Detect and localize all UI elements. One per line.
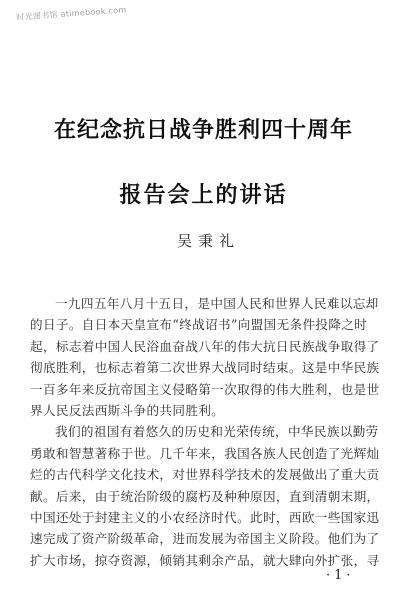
- title-line-2: 报告会上的讲话: [0, 178, 407, 209]
- page-number: ·1·: [326, 568, 355, 583]
- paragraph-2-line: 勇敢和智慧著称于世。几千年来，我国各族人民创造了光辉灿: [30, 443, 382, 464]
- paragraph-1-line: 一百多年来反抗帝国主义侵略第一次取得的伟大胜利，也是世: [30, 379, 382, 400]
- watermark: 时光图书馆 atimebook.com: [16, 4, 127, 23]
- author-name: 吴秉礼: [0, 230, 407, 251]
- body-text: 一九四五年八月十五日，是中国人民和世界人民难以忘却 的日子。自日本天皇宣布“终战…: [30, 293, 382, 571]
- paragraph-2-line: 献。后来，由于统治阶级的腐朽及种种原因，直到清朝末期，: [30, 486, 382, 507]
- paragraph-2-line: 速完成了资产阶级革命，进而发展为帝国主义阶段。他们为了: [30, 528, 382, 549]
- paragraph-1-line: 的日子。自日本天皇宣布“终战诏书”向盟国无条件投降之时: [30, 314, 382, 335]
- paragraph-2-line: 我们的祖国有着悠久的历史和光荣传统，中华民族以勤劳: [30, 421, 382, 442]
- title-line-1: 在纪念抗日战争胜利四十周年: [0, 113, 407, 144]
- paragraph-2-line: 中国还处于封建主义的小农经济时代。此时，西欧一些国家迅: [30, 507, 382, 528]
- paragraph-1-line: 起，标志着中国人民浴血奋战八年的伟大抗日民族战争取得了: [30, 336, 382, 357]
- paragraph-1-line: 彻底胜利，也标志着第二次世界大战同时结束。这是中华民族: [30, 357, 382, 378]
- paragraph-1-line: 一九四五年八月十五日，是中国人民和世界人民难以忘却: [30, 293, 382, 314]
- paragraph-1-line: 界人民反法西斯斗争的共同胜利。: [30, 400, 382, 421]
- paragraph-2-line: 烂的古代科学文化技术，对世界科学技术的发展做出了重大贡: [30, 464, 382, 485]
